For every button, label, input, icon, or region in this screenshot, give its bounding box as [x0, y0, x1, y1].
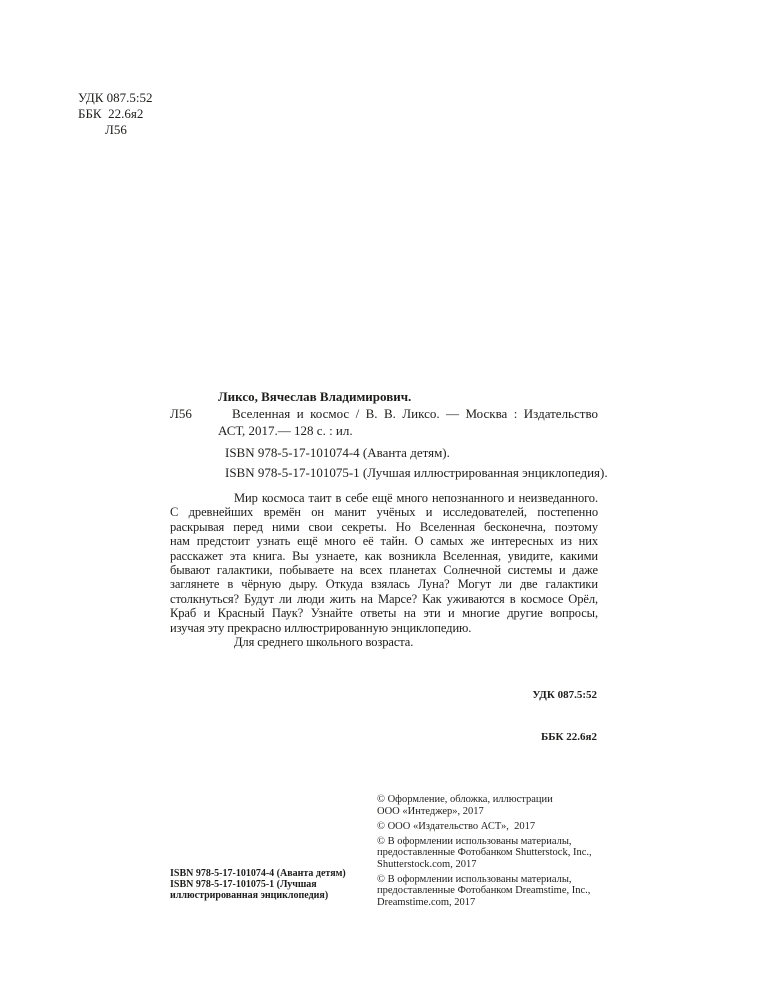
author-sign-code: Л56 — [78, 122, 153, 138]
annotation-line: бывают галактики, побываете на всех план… — [170, 563, 598, 577]
copyright-credits: © Оформление, обложка, иллюстрации ООО «… — [377, 794, 617, 912]
copyright-item: © ООО «Издательство АСТ», 2017 — [377, 821, 617, 833]
bbk-code: ББК 22.6я2 — [532, 730, 597, 744]
bottom-classification-codes: УДК 087.5:52 ББК 22.6я2 — [532, 660, 597, 772]
copyright-line: © В оформлении использованы материалы, — [377, 874, 617, 886]
copyright-line: © ООО «Издательство АСТ», 2017 — [377, 821, 617, 833]
top-classification-codes: УДК 087.5:52 ББК 22.6я2 Л56 — [78, 90, 153, 138]
bib-margin-author-code: Л56 — [170, 405, 192, 422]
copyright-line: предоставленные Фотобанком Dreamstime, I… — [377, 885, 617, 897]
copyright-line: Shutterstock.com, 2017 — [377, 859, 617, 871]
annotation-line: раскрывая перед ними свои секреты. Но Вс… — [170, 520, 598, 534]
copyright-line: ООО «Интеджер», 2017 — [377, 806, 617, 818]
annotation-line: заглянете в чёрную дыру. Откуда взялась … — [170, 577, 598, 591]
annotation-line: изучая эту прекрасно иллюстрированную эн… — [170, 621, 598, 635]
isbn-line: ISBN 978-5-17-101075-1 (Лучшая иллюстрир… — [225, 464, 605, 481]
isbn-line: ISBN 978-5-17-101074-4 (Аванта детям). — [225, 444, 605, 461]
copyright-line: © Оформление, обложка, иллюстрации — [377, 794, 617, 806]
isbn-line: ISBN 978-5-17-101075-1 (Лучшая — [170, 880, 346, 891]
copyright-item: © В оформлении использованы материалы, п… — [377, 874, 617, 909]
copyright-line: предоставленные Фотобанком Shutterstock,… — [377, 847, 617, 859]
bib-entry-line: Вселенная и космос / В. В. Ликсо. — Моск… — [218, 405, 598, 422]
isbn-bottom-block: ISBN 978-5-17-101074-4 (Аванта детям) IS… — [170, 869, 346, 901]
annotation-line: нам предстоит узнать ещё много её тайн. … — [170, 534, 598, 548]
audience-note: Для среднего школьного возраста. — [170, 635, 598, 649]
annotation-paragraph: Мир космоса таит в себе ещё много непозн… — [170, 491, 598, 649]
copyright-line: © В оформлении использованы материалы, — [377, 836, 617, 848]
copyright-item: © Оформление, обложка, иллюстрации ООО «… — [377, 794, 617, 817]
bibliographic-entry: Ликсо, Вячеслав Владимирович. Вселенная … — [218, 388, 598, 439]
copyright-line: Dreamstime.com, 2017 — [377, 897, 617, 909]
udk-code: УДК 087.5:52 — [532, 688, 597, 702]
annotation-line: С древнейших времён он манит учёных и ис… — [170, 505, 598, 519]
imprint-page: УДК 087.5:52 ББК 22.6я2 Л56 Л56 Ликсо, В… — [0, 0, 762, 1000]
bib-entry-line: АСТ, 2017.— 128 с. : ил. — [218, 422, 598, 439]
bbk-code: ББК 22.6я2 — [78, 106, 153, 122]
annotation-line: столкнуться? Будут ли люди жить на Марсе… — [170, 592, 598, 606]
isbn-line: иллюстрированная энциклопедия) — [170, 891, 346, 902]
annotation-line: расскажет эта книга. Вы узнаете, как воз… — [170, 549, 598, 563]
isbn-catalog-block: ISBN 978-5-17-101074-4 (Аванта детям). I… — [225, 444, 605, 484]
copyright-item: © В оформлении использованы материалы, п… — [377, 836, 617, 871]
annotation-line: Краб и Красный Паук? Узнайте ответы на э… — [170, 606, 598, 620]
author-heading: Ликсо, Вячеслав Владимирович. — [218, 388, 598, 405]
annotation-line: Мир космоса таит в себе ещё много непозн… — [170, 491, 598, 505]
udk-code: УДК 087.5:52 — [78, 90, 153, 106]
